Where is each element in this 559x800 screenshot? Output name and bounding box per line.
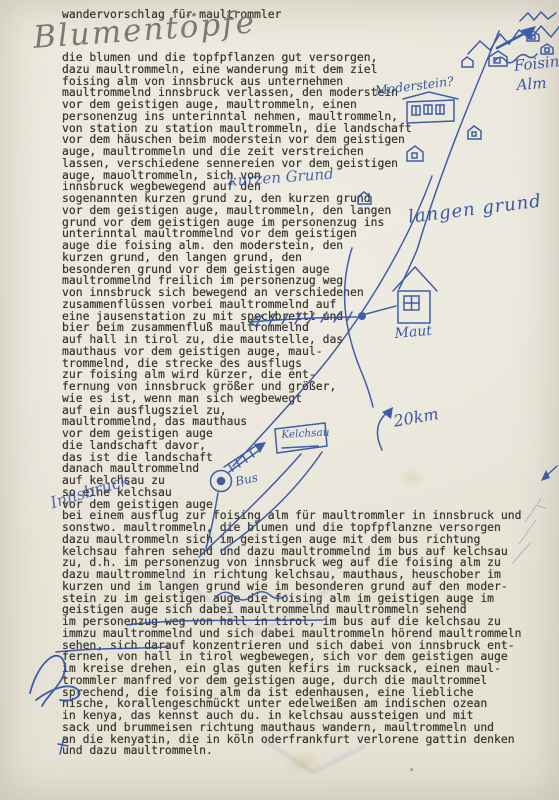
margin-scribble bbox=[30, 656, 80, 706]
hut-icon bbox=[358, 31, 553, 204]
kelchsau-box bbox=[275, 423, 327, 453]
route-stroke-to-text bbox=[199, 454, 301, 557]
scanned-typewriter-page: wandervorschlag für maultrommler die blu… bbox=[0, 0, 559, 800]
moderstein-house-icon bbox=[403, 92, 458, 123]
pencil-tally-marks bbox=[513, 499, 546, 563]
hand-drawn-map-overlay bbox=[0, 0, 559, 800]
route-line-secondary bbox=[345, 248, 373, 407]
meadow-wavy-line bbox=[495, 54, 537, 63]
ladder-path-icon bbox=[224, 442, 266, 472]
route-line-straight bbox=[399, 31, 499, 289]
distance-arrow-icon bbox=[378, 407, 393, 450]
maut-house-icon bbox=[393, 267, 437, 323]
summit-scribble-icon bbox=[520, 12, 556, 21]
edge-arrow-icon bbox=[541, 466, 557, 481]
railway-track-icon bbox=[250, 306, 396, 327]
railway-end-dot bbox=[358, 312, 366, 320]
bleed-through-marks bbox=[170, 573, 363, 772]
bus-stop-icon bbox=[211, 471, 232, 492]
